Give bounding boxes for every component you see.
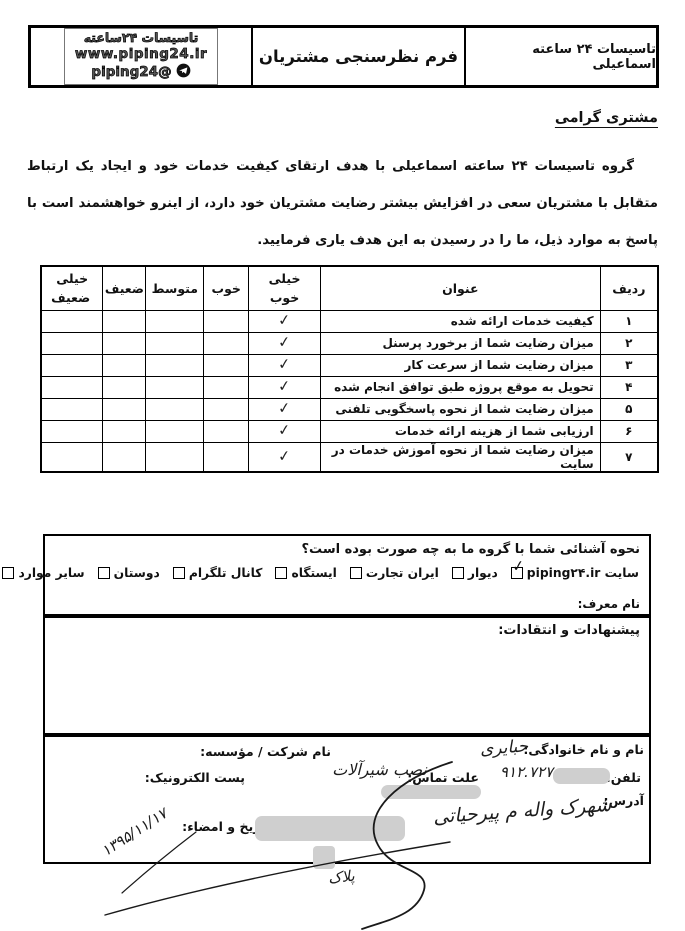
rating-cell-very-good[interactable]: ✓ bbox=[249, 376, 321, 398]
handwritten-checkmark: ✓ bbox=[277, 446, 291, 465]
acquaintance-options: سایت piping۲۴.ir ✓ دیوار ایران تجارت ایس… bbox=[45, 557, 649, 580]
table-row: ۱ کیفیت خدمات ارائه شده ✓ bbox=[41, 310, 658, 332]
rating-cell-good[interactable] bbox=[204, 354, 249, 376]
logo-website: www.piping24.ir bbox=[75, 46, 207, 63]
option-site-piping24: سایت piping۲۴.ir ✓ bbox=[511, 566, 639, 580]
col-header-very-weak: خیلی ضعیف bbox=[41, 266, 103, 310]
suggestions-label: پیشنهادات و انتقادات: bbox=[45, 618, 649, 638]
table-row: ۶ ارزیابی شما از هزینه ارائه خدمات ✓ bbox=[41, 420, 658, 442]
checkbox-friends[interactable] bbox=[98, 567, 110, 579]
logo-title: تاسیسات ۲۴ساعته bbox=[75, 30, 207, 46]
rating-cell-good[interactable] bbox=[204, 398, 249, 420]
rating-cell-very-weak[interactable] bbox=[41, 442, 103, 472]
rating-cell-weak[interactable] bbox=[103, 332, 146, 354]
rating-cell-average[interactable] bbox=[146, 332, 204, 354]
rating-cell-average[interactable] bbox=[146, 398, 204, 420]
rating-cell-average[interactable] bbox=[146, 310, 204, 332]
row-title: ارزیابی شما از هزینه ارائه خدمات bbox=[320, 420, 600, 442]
rating-cell-very-good[interactable]: ✓ bbox=[249, 442, 321, 472]
rating-table: ردیف عنوان خیلی خوب خوب متوسط ضعیف خیلی … bbox=[40, 265, 659, 473]
rating-cell-very-good[interactable]: ✓ bbox=[249, 310, 321, 332]
row-title: کیفیت خدمات ارائه شده bbox=[320, 310, 600, 332]
company-logo: تاسیسات ۲۴ساعته www.piping24.ir @piping2… bbox=[64, 28, 218, 84]
checkbox-divar[interactable] bbox=[452, 567, 464, 579]
email-label: پست الکترونیک: bbox=[145, 770, 245, 785]
rating-cell-good[interactable] bbox=[204, 442, 249, 472]
row-num: ۱ bbox=[600, 310, 658, 332]
acquaintance-section: نحوه آشنائی شما با گروه ما به چه صورت بو… bbox=[43, 534, 651, 616]
option-label: دوستان bbox=[114, 566, 160, 580]
row-title: میزان رضایت شما از نحوه آموزش خدمات در س… bbox=[320, 442, 600, 472]
telegram-icon bbox=[176, 63, 191, 83]
col-header-title: عنوان bbox=[320, 266, 600, 310]
option-iran-tejarat: ایران تجارت bbox=[350, 566, 439, 580]
rating-cell-good[interactable] bbox=[204, 310, 249, 332]
option-other: سایر موارد bbox=[2, 566, 84, 580]
row-title: میزان رضایت شما از نحوه پاسخگویی تلفنی bbox=[320, 398, 600, 420]
row-title: میزان رضایت شما از برخورد پرسنل bbox=[320, 332, 600, 354]
rating-cell-very-weak[interactable] bbox=[41, 376, 103, 398]
row-title: میزان رضایت شما از سرعت کار bbox=[320, 354, 600, 376]
rating-cell-very-weak[interactable] bbox=[41, 398, 103, 420]
rating-cell-weak[interactable] bbox=[103, 442, 146, 472]
rating-cell-weak[interactable] bbox=[103, 420, 146, 442]
option-friends: دوستان bbox=[98, 566, 160, 580]
form-header: تاسیسات ۲۴ ساعته اسماعیلی فرم نظرسنجی مش… bbox=[28, 25, 659, 88]
handwritten-checkmark: ✓ bbox=[277, 310, 291, 329]
option-label: دیوار bbox=[468, 566, 498, 580]
rating-cell-very-good[interactable]: ✓ bbox=[249, 332, 321, 354]
rating-cell-good[interactable] bbox=[204, 332, 249, 354]
handwritten-checkmark: ✓ bbox=[511, 556, 526, 576]
rating-cell-very-weak[interactable] bbox=[41, 354, 103, 376]
table-row: ۵ میزان رضایت شما از نحوه پاسخگویی تلفنی… bbox=[41, 398, 658, 420]
checkbox-site-piping24[interactable]: ✓ bbox=[511, 567, 523, 579]
checkbox-iran-tejarat[interactable] bbox=[350, 567, 362, 579]
option-telegram-channel: کانال تلگرام bbox=[173, 566, 263, 580]
rating-cell-weak[interactable] bbox=[103, 398, 146, 420]
scanned-survey-form: تاسیسات ۲۴ ساعته اسماعیلی فرم نظرسنجی مش… bbox=[0, 0, 685, 931]
row-title: تحویل به موقع پروژه طبق توافق انجام شده bbox=[320, 376, 600, 398]
rating-table-header-row: ردیف عنوان خیلی خوب خوب متوسط ضعیف خیلی … bbox=[41, 266, 658, 310]
company-name-label: نام شرکت / مؤسسه: bbox=[200, 744, 331, 759]
col-header-good: خوب bbox=[204, 266, 249, 310]
rating-cell-weak[interactable] bbox=[103, 354, 146, 376]
option-label: کانال تلگرام bbox=[189, 566, 263, 580]
intro-paragraph: گروه تاسیسات ۲۴ ساعته اسماعیلی با هدف ار… bbox=[27, 148, 658, 259]
rating-cell-very-good[interactable]: ✓ bbox=[249, 354, 321, 376]
form-title: فرم نظرسنجی مشتریان bbox=[251, 28, 464, 85]
handwritten-checkmark: ✓ bbox=[277, 420, 291, 439]
option-label: سایت piping۲۴.ir bbox=[527, 566, 639, 580]
company-name: تاسیسات ۲۴ ساعته اسماعیلی bbox=[464, 28, 656, 85]
rating-cell-very-weak[interactable] bbox=[41, 310, 103, 332]
checkbox-telegram-channel[interactable] bbox=[173, 567, 185, 579]
col-header-row-num: ردیف bbox=[600, 266, 658, 310]
row-num: ۴ bbox=[600, 376, 658, 398]
option-divar: دیوار bbox=[452, 566, 498, 580]
col-header-very-good: خیلی خوب bbox=[249, 266, 321, 310]
option-istgah: ایستگاه bbox=[275, 566, 336, 580]
handwritten-checkmark: ✓ bbox=[277, 398, 291, 417]
rating-cell-very-weak[interactable] bbox=[41, 420, 103, 442]
row-num: ۲ bbox=[600, 332, 658, 354]
logo-telegram-handle: @piping24 bbox=[91, 64, 171, 81]
rating-cell-average[interactable] bbox=[146, 376, 204, 398]
rating-cell-very-good[interactable]: ✓ bbox=[249, 398, 321, 420]
rating-cell-average[interactable] bbox=[146, 420, 204, 442]
option-label: ایران تجارت bbox=[366, 566, 439, 580]
rating-cell-very-good[interactable]: ✓ bbox=[249, 420, 321, 442]
row-num: ۷ bbox=[600, 442, 658, 472]
row-num: ۳ bbox=[600, 354, 658, 376]
phone-label: تلفن: bbox=[606, 770, 641, 785]
rating-cell-average[interactable] bbox=[146, 354, 204, 376]
table-row: ۳ میزان رضایت شما از سرعت کار ✓ bbox=[41, 354, 658, 376]
date-signature-label: تاریخ و امضاء: bbox=[182, 819, 270, 834]
address-label: آدرس: bbox=[604, 793, 644, 808]
option-label: ایستگاه bbox=[291, 566, 336, 580]
contact-reason-label: علت تماس: bbox=[407, 770, 479, 785]
col-header-average: متوسط bbox=[146, 266, 204, 310]
greeting-title: مشتری گرامی bbox=[555, 110, 658, 126]
table-row: ۴ تحویل به موقع پروژه طبق توافق انجام شد… bbox=[41, 376, 658, 398]
rating-cell-average[interactable] bbox=[146, 442, 204, 472]
checkbox-other[interactable] bbox=[2, 567, 14, 579]
referrer-name-label: نام معرف: bbox=[578, 597, 640, 611]
rating-cell-very-weak[interactable] bbox=[41, 332, 103, 354]
suggestions-section: پیشنهادات و انتقادات: bbox=[43, 616, 651, 735]
option-label: سایر موارد bbox=[18, 566, 84, 580]
checkbox-istgah[interactable] bbox=[275, 567, 287, 579]
logo-cell: تاسیسات ۲۴ساعته www.piping24.ir @piping2… bbox=[31, 28, 251, 85]
col-header-weak: ضعیف bbox=[103, 266, 146, 310]
table-row: ۲ میزان رضایت شما از برخورد پرسنل ✓ bbox=[41, 332, 658, 354]
row-num: ۶ bbox=[600, 420, 658, 442]
row-num: ۵ bbox=[600, 398, 658, 420]
handwritten-checkmark: ✓ bbox=[277, 332, 291, 351]
acquaintance-question: نحوه آشنائی شما با گروه ما به چه صورت بو… bbox=[45, 536, 649, 557]
handwritten-checkmark: ✓ bbox=[277, 354, 291, 373]
handwritten-note: پلاک bbox=[328, 867, 356, 888]
rating-cell-weak[interactable] bbox=[103, 310, 146, 332]
rating-cell-weak[interactable] bbox=[103, 376, 146, 398]
handwritten-checkmark: ✓ bbox=[277, 376, 291, 395]
rating-cell-good[interactable] bbox=[204, 420, 249, 442]
rating-cell-good[interactable] bbox=[204, 376, 249, 398]
table-row: ۷ میزان رضایت شما از نحوه آموزش خدمات در… bbox=[41, 442, 658, 472]
contact-section: نام و نام خانوادگی: نام شرکت / مؤسسه: تل… bbox=[43, 735, 651, 864]
fullname-label: نام و نام خانوادگی: bbox=[523, 742, 644, 757]
